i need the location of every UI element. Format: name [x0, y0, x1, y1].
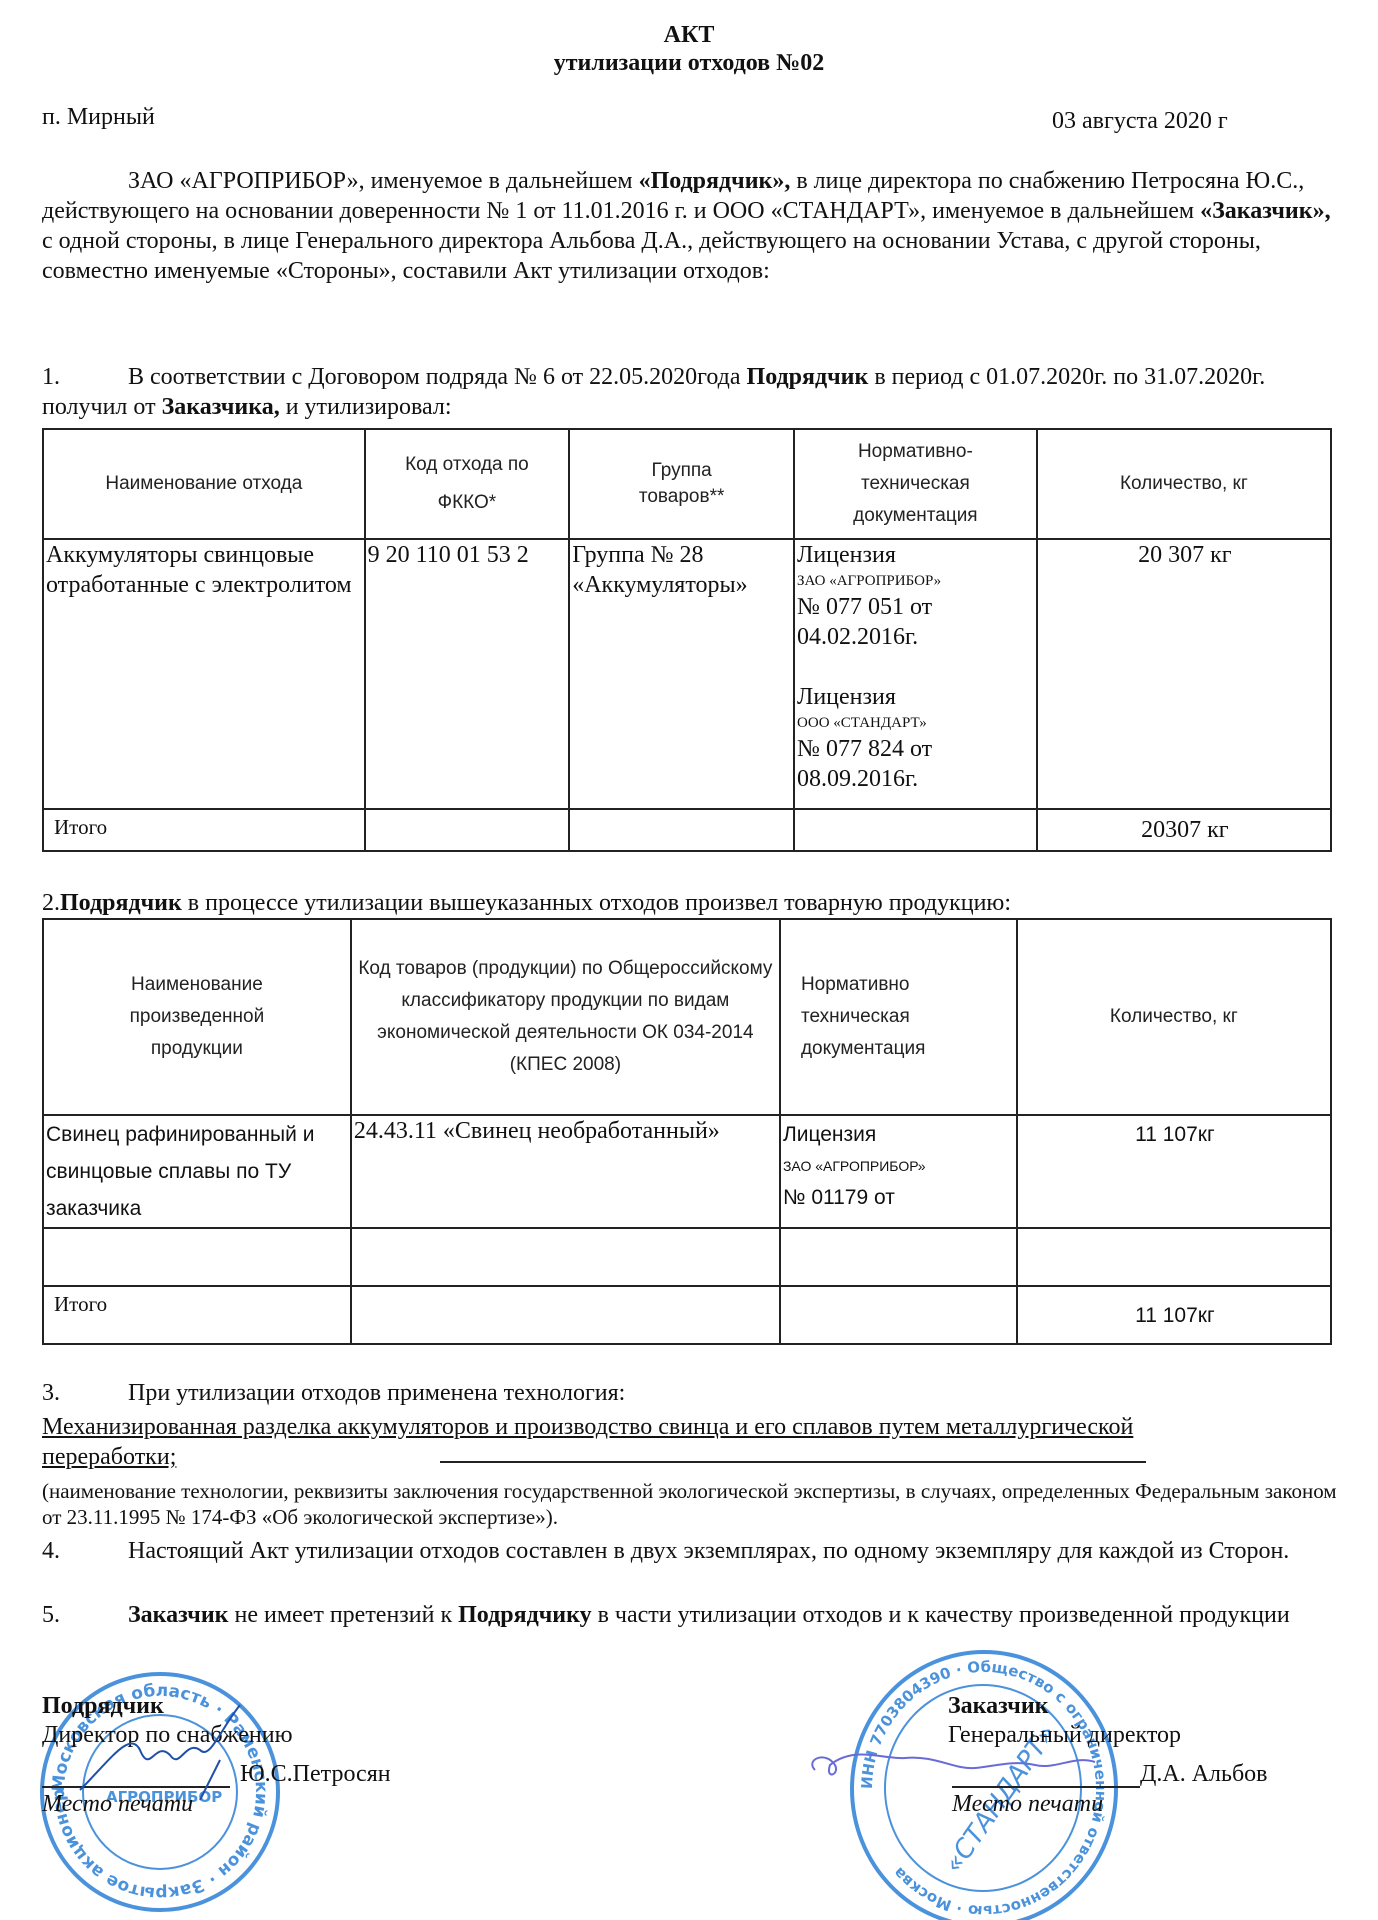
place: п. Мирный [42, 104, 155, 131]
header-cell: Код товаров (продукции) по Общероссийско… [351, 919, 780, 1115]
contractor-name: Ю.С.Петросян [240, 1760, 391, 1789]
total-quantity: 20307 кг [1037, 809, 1331, 851]
technology-description: Механизированная разделка аккумуляторов … [42, 1412, 1142, 1472]
total-row: Итого 11 107кг [43, 1286, 1331, 1344]
waste-code: 9 20 110 01 53 2 [365, 539, 570, 809]
total-row: Итого 20307 кг [43, 809, 1331, 851]
customer-seal-place: Место печати [952, 1791, 1103, 1817]
section-2: 2.Подрядчик в процессе утилизации вышеук… [42, 888, 1372, 918]
header-cell: Количество, кг [1017, 919, 1331, 1115]
customer-role: Заказчик [948, 1693, 1049, 1719]
waste-table: Наименование отхода Код отхода по ФККО* … [42, 428, 1332, 852]
header-cell: Код отхода по ФККО* [365, 429, 570, 539]
table-header-row: Наименование произведенной продукции Код… [43, 919, 1331, 1115]
document-subtitle: утилизации отходов №02 [0, 50, 1378, 77]
document-title: АКТ [0, 22, 1378, 49]
technology-note: (наименование технологии, реквизиты закл… [42, 1478, 1342, 1530]
documentation: Лицензия ЗАО «АГРОПРИБОР» № 077 051 от 0… [794, 539, 1037, 809]
section-4: 4.Настоящий Акт утилизации отходов соста… [42, 1536, 1352, 1566]
total-quantity: 11 107кг [1017, 1286, 1331, 1344]
table-header-row: Наименование отхода Код отхода по ФККО* … [43, 429, 1331, 539]
date: 03 августа 2020 г [1052, 108, 1228, 135]
header-cell: Наименование отхода [43, 429, 365, 539]
header-cell: Наименование произведенной продукции [43, 919, 351, 1115]
product-name: Свинец рафинированный и свинцовые сплавы… [43, 1115, 351, 1228]
documentation: Лицензия ЗАО «АГРОПРИБОР» № 01179 от [780, 1115, 1017, 1228]
customer-name: Д.А. Альбов [1140, 1760, 1268, 1789]
section-5: 5.Заказчик не имеет претензий к Подрядчи… [42, 1600, 1352, 1630]
product-code: 24.43.11 «Свинец необработанный» [351, 1115, 780, 1228]
total-label: Итого [43, 809, 365, 851]
empty-row [43, 1228, 1331, 1286]
header-cell: Группа товаров** [569, 429, 794, 539]
product-table: Наименование произведенной продукции Код… [42, 918, 1332, 1345]
customer-signature-icon [795, 1740, 1125, 1790]
header-cell: Нормативно-техническая документация [794, 429, 1037, 539]
contractor-seal-place: Место печати [42, 1791, 193, 1817]
fill-line [440, 1461, 1146, 1463]
section-1: 1.В соответствии с Договором подряда № 6… [42, 362, 1342, 422]
intro-paragraph: ЗАО «АГРОПРИБОР», именуемое в дальнейшем… [42, 166, 1342, 286]
goods-group: Группа № 28 «Аккумуляторы» [569, 539, 794, 809]
table-row: Аккумуляторы свинцовые отработанные с эл… [43, 539, 1331, 809]
waste-name: Аккумуляторы свинцовые отработанные с эл… [43, 539, 365, 809]
total-label: Итого [43, 1286, 351, 1344]
table-row: Свинец рафинированный и свинцовые сплавы… [43, 1115, 1331, 1228]
section-3: 3.При утилизации отходов применена техно… [42, 1378, 1342, 1408]
header-cell: Количество, кг [1037, 429, 1331, 539]
quantity: 20 307 кг [1037, 539, 1331, 809]
header-cell: Нормативно техническая документация [780, 919, 1017, 1115]
quantity: 11 107кг [1017, 1115, 1331, 1228]
